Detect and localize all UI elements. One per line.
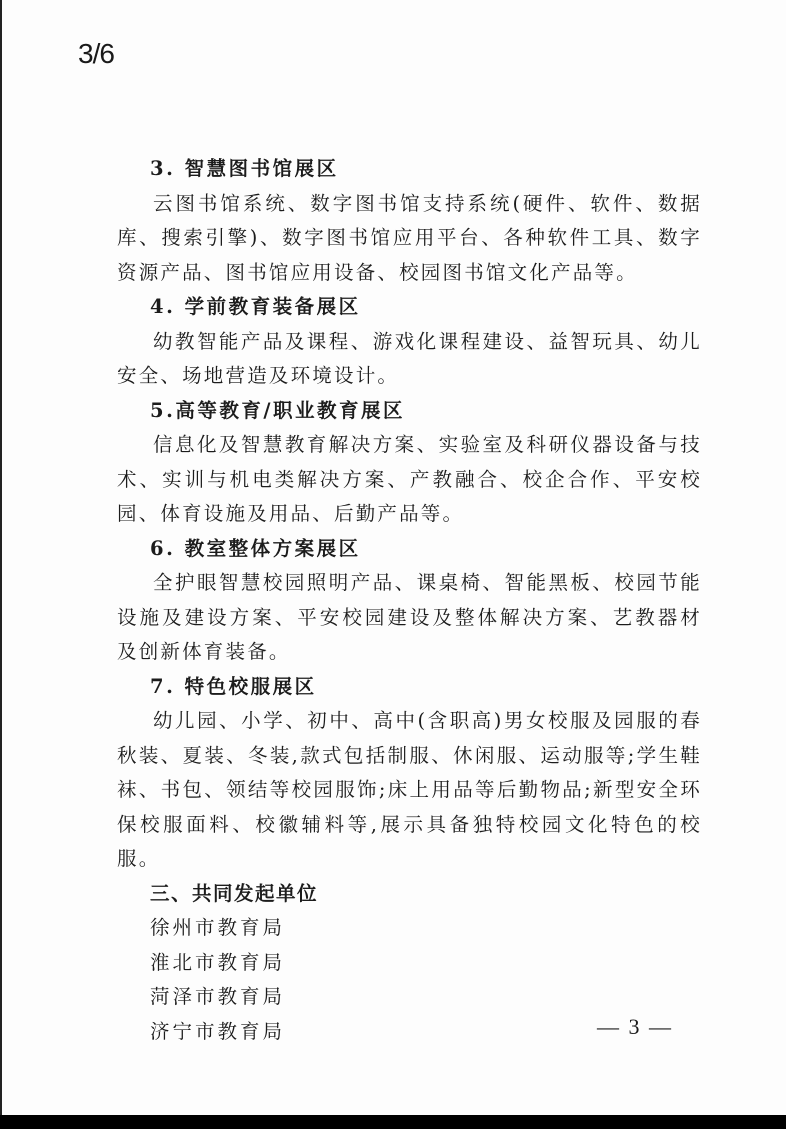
section-heading-library: 3. 智慧图书馆展区: [117, 152, 702, 187]
page-number-footer: — 3 —: [597, 1014, 673, 1040]
co-sponsors-heading: 三、共同发起单位: [117, 877, 702, 912]
section-body-library: 云图书馆系统、数字图书馆支持系统(硬件、软件、数据库、搜索引擎)、数字图书馆应用…: [117, 187, 702, 291]
section-body-classroom: 全护眼智慧校园照明产品、课桌椅、智能黑板、校园节能设施及建设方案、平安校园建设及…: [117, 566, 702, 670]
section-body-higher-education: 信息化及智慧教育解决方案、实验室及科研仪器设备与技术、实训与机电类解决方案、产教…: [117, 428, 702, 532]
section-heading-preschool: 4. 学前教育装备展区: [117, 290, 702, 325]
section-heading-classroom: 6. 教室整体方案展区: [117, 532, 702, 567]
org-huaibei: 淮北市教育局: [117, 946, 702, 981]
page-counter: 3/6: [78, 38, 114, 70]
section-heading-higher-education: 5.高等教育/职业教育展区: [117, 394, 702, 429]
section-heading-uniform: 7. 特色校服展区: [117, 670, 702, 705]
section-body-preschool: 幼教智能产品及课程、游戏化课程建设、益智玩具、幼儿安全、场地营造及环境设计。: [117, 325, 702, 394]
document-page: 3/6 3. 智慧图书馆展区 云图书馆系统、数字图书馆支持系统(硬件、软件、数据…: [0, 0, 786, 1115]
section-body-uniform: 幼儿园、小学、初中、高中(含职高)男女校服及园服的春秋装、夏装、冬装,款式包括制…: [117, 704, 702, 877]
document-body: 3. 智慧图书馆展区 云图书馆系统、数字图书馆支持系统(硬件、软件、数据库、搜索…: [117, 152, 702, 1049]
org-xuzhou: 徐州市教育局: [117, 911, 702, 946]
org-heze: 菏泽市教育局: [117, 980, 702, 1015]
